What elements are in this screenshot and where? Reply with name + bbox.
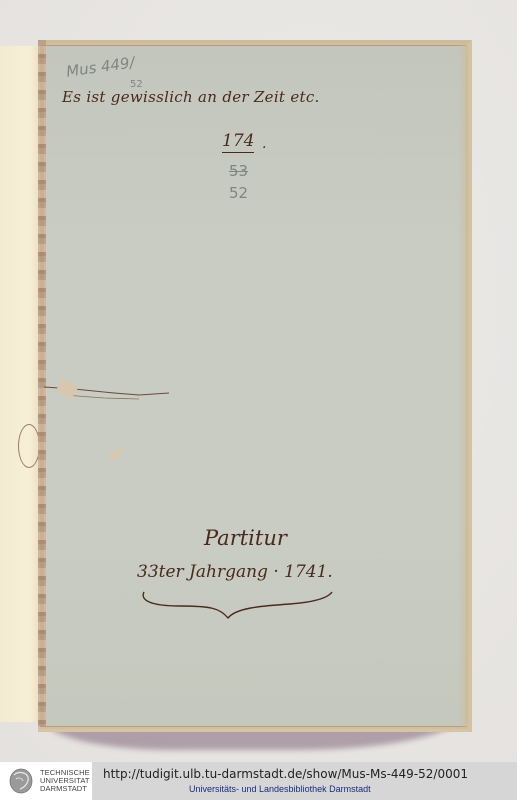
back-page — [0, 46, 42, 722]
logo-text: TECHNISCHE UNIVERSITAT DARMSTADT — [40, 769, 90, 793]
viewer-footer: TECHNISCHE UNIVERSITAT DARMSTADT http://… — [0, 762, 517, 800]
logo-line-3: DARMSTADT — [40, 785, 90, 793]
manuscript-subtitle: 33ter Jahrgang · 1741. — [137, 562, 333, 582]
image-viewer: Mus 449/ 52 Es ist gewisslich an der Zei… — [0, 0, 517, 762]
cover-spine-edge — [38, 40, 46, 726]
binding-string — [18, 424, 40, 468]
permalink-url[interactable]: http://tudigit.ulb.tu-darmstadt.de/show/… — [103, 767, 468, 781]
library-name[interactable]: Universitäts- und Landesbibliothek Darms… — [189, 784, 371, 794]
athena-head-icon — [8, 767, 34, 795]
heading-line: Es ist gewisslich an der Zeit etc. — [62, 88, 320, 106]
pencil-struck-number: 53 — [229, 162, 248, 180]
pencil-number: 52 — [229, 184, 248, 202]
manuscript-title: Partitur — [204, 526, 287, 550]
manuscript-number-dot: . — [262, 136, 266, 152]
manuscript-number: 174 — [222, 131, 254, 153]
ink-flourish — [140, 590, 335, 622]
tu-darmstadt-logo[interactable]: TECHNISCHE UNIVERSITAT DARMSTADT — [0, 762, 92, 800]
